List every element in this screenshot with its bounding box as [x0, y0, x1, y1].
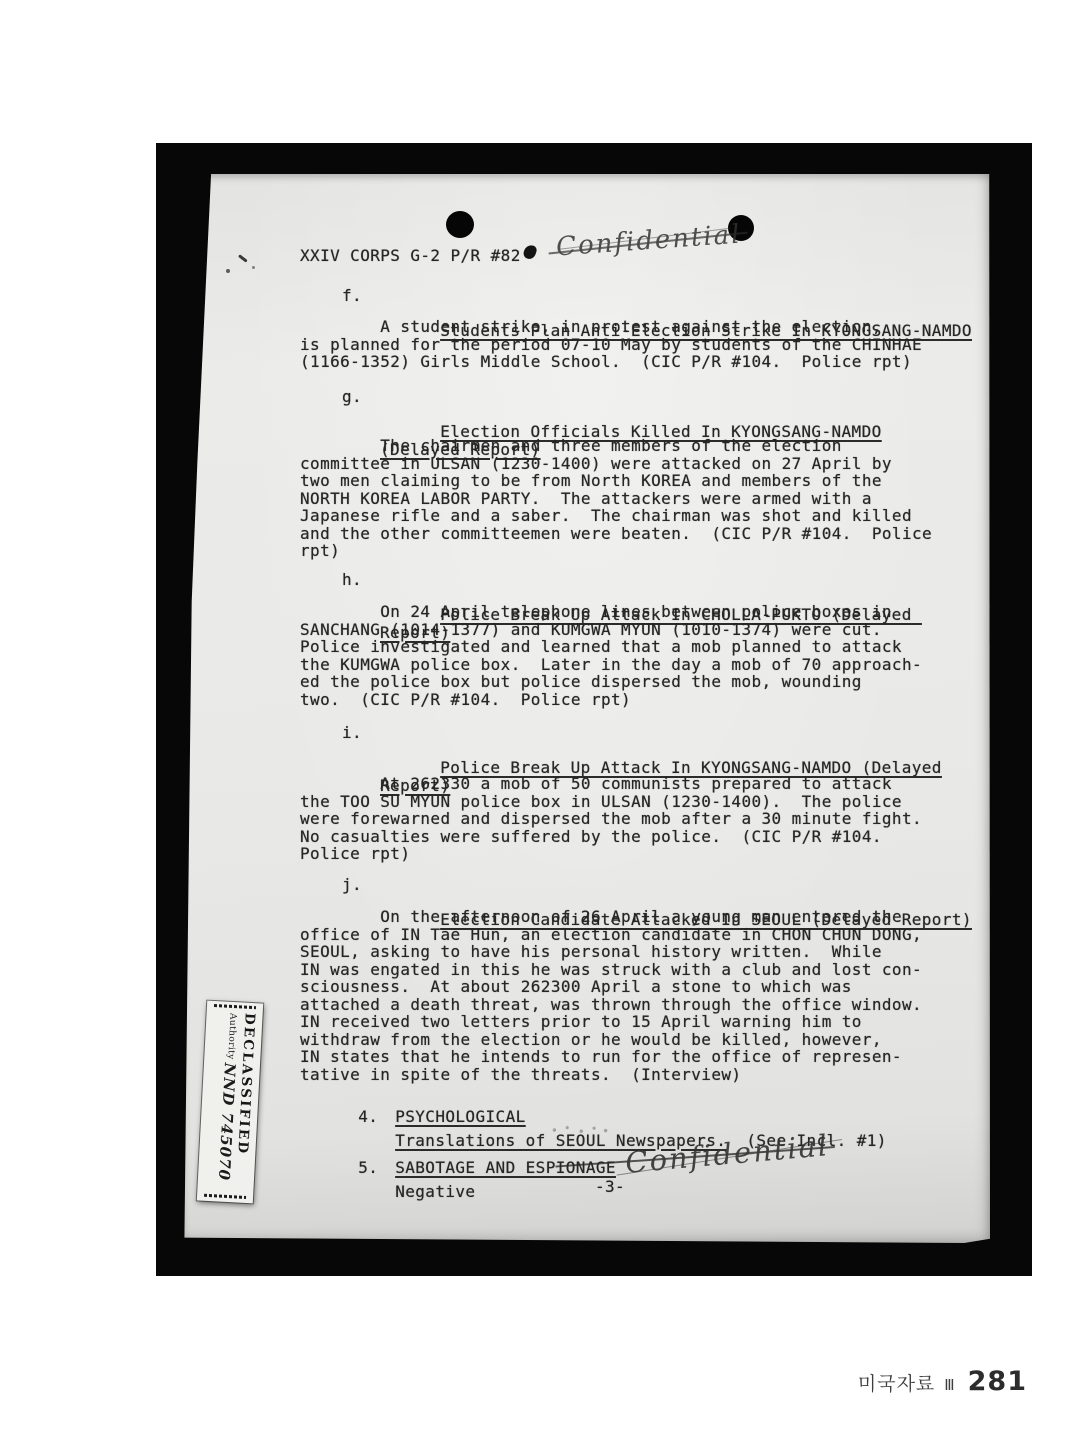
book-page: { "colors": { "paper": "#e8e8e6", "ink":… [0, 0, 1080, 1439]
footer-volume-numeral: Ⅲ [944, 1376, 954, 1394]
authority-label: Authority [225, 1013, 237, 1060]
section-letter: j. [342, 876, 362, 894]
section-letter: i. [342, 724, 362, 742]
section-body-i: At 262330 a mob of 50 communists prepare… [300, 775, 960, 863]
section-body-f: A student strike, in protest against the… [300, 318, 960, 371]
section-body-h: On 24 April telephone lines between poli… [300, 603, 960, 708]
footer-page-number: 281 [968, 1366, 1027, 1397]
ink-speck [238, 254, 247, 262]
page-number: -3- [580, 1178, 640, 1196]
section-letter: f. [342, 287, 362, 305]
subline-plain: Negative [395, 1182, 475, 1201]
section-body-j: On the afternoon of 26 April a young man… [300, 908, 960, 1083]
section-letter: h. [342, 571, 362, 589]
scanned-image-background: XXIV CORPS G-2 P/R #82 Confidential f. S… [156, 143, 1032, 1276]
report-header: XXIV CORPS G-2 P/R #82 [300, 247, 521, 265]
punch-hole-left [446, 211, 474, 238]
handwritten-confidential-top: Confidential [555, 220, 742, 263]
book-footer: 미국자료 Ⅲ 281 [858, 1366, 1027, 1397]
ink-speck [252, 266, 255, 269]
ink-blot [522, 243, 538, 260]
document-page: XXIV CORPS G-2 P/R #82 Confidential f. S… [182, 174, 990, 1243]
section-letter: g. [342, 388, 362, 406]
ink-speck [226, 269, 230, 273]
section-body-g: The chairmen and three members of the el… [300, 437, 960, 560]
declassified-stamp: DECLASSIFIED Authority NND 745070 [197, 1001, 263, 1204]
footer-source-label: 미국자료 [858, 1369, 935, 1396]
